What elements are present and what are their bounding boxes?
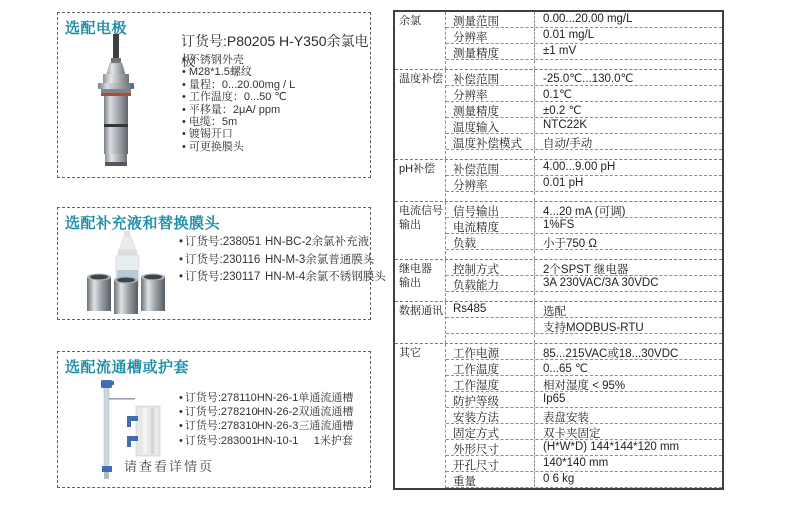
product-name: HN-M-3余氯普通膜头 (265, 252, 374, 270)
spec-value: NTC22K (534, 118, 722, 133)
spec-value: 0.01 mg/L (534, 28, 722, 43)
order-item-row: 订货号:278110 HN-26-1单通流通槽 (179, 391, 353, 405)
order-item-row: 订货号:283001 HN-10-1 1米护套 (179, 434, 353, 448)
spec-value: 2个SPST 继电器 (534, 260, 722, 275)
spec-parameter: 开孔尺寸 (446, 456, 534, 471)
spec-row (446, 192, 722, 201)
spec-parameter: 分辨率 (446, 176, 534, 191)
spec-value: 85...215VAC或18...30VDC (534, 344, 722, 359)
product-name: HN-10-1 1米护套 (257, 434, 353, 448)
spec-value (534, 292, 722, 301)
spec-value: 小于750 Ω (534, 234, 722, 249)
spec-parameter: 安装方法 (446, 408, 534, 423)
spec-parameter (446, 150, 534, 159)
spec-group: 电流信号 输出 信号输出 4...20 mA (可调) 电流精度 1%FS 负载… (395, 202, 722, 260)
spec-row: 工作电源 85...215VAC或18...30VDC (446, 344, 722, 360)
spec-parameter: 补偿范围 (446, 160, 534, 175)
electrode-spec-bullet: 可更换膜头 (182, 141, 295, 153)
spec-value: Ip65 (534, 392, 722, 407)
spec-parameter (446, 292, 534, 301)
spec-row: 温度补偿模式 自动/手动 (446, 134, 722, 150)
spec-parameter: 重量 (446, 472, 534, 487)
spec-parameter: 工作温度 (446, 360, 534, 375)
spec-parameter: 防护等级 (446, 392, 534, 407)
spec-row: 防护等级 Ip65 (446, 392, 722, 408)
spec-group-rows: 测量范围 0.00...20.00 mg/L 分辨率 0.01 mg/L 测量精… (445, 12, 722, 69)
spec-value (534, 60, 722, 69)
spec-group-name: 继电器 输出 (395, 260, 445, 301)
spec-value: 0.1℃ (534, 86, 722, 101)
see-details-link[interactable]: 请查看详情页 (124, 456, 214, 475)
spec-group-rows: 补偿范围 -25.0℃...130.0℃ 分辨率 0.1℃ 测量精度 ±0.2 … (445, 70, 722, 159)
product-name: HN-26-3三通流通槽 (257, 419, 354, 433)
order-items-1: 订货号:238051 HN-BC-2余氯补充液 订货号:230116 HN-M-… (179, 234, 386, 287)
spec-row: 分辨率 0.01 pH (446, 176, 722, 192)
electrode-spec-bullet: 不锈钢外壳 (182, 54, 295, 66)
spec-value: ±0.2 ℃ (534, 102, 722, 117)
spec-row: 重量 0 6 kg (446, 472, 722, 488)
spec-row (446, 150, 722, 159)
spec-row: 安装方法 表盘安装 (446, 408, 722, 424)
spec-value: 0...65 ℃ (534, 360, 722, 375)
spec-parameter: 电流精度 (446, 218, 534, 233)
order-number: 订货号:238051 (185, 234, 265, 252)
spec-row: 固定方式 双卡夹固定 (446, 424, 722, 440)
spec-row: 负载能力 3A 230VAC/3A 30VDC (446, 276, 722, 292)
panel-optional-electrode: 选配电极 订货号:P80205 H-Y350余氯电极 不锈钢外壳M28*1.5螺… (57, 12, 371, 178)
product-name: HN-26-1单通流通槽 (257, 391, 354, 405)
spec-row: 分辨率 0.1℃ (446, 86, 722, 102)
spec-value: 0.01 pH (534, 176, 722, 191)
electrode-spec-bullet: 工作温度：0...50 ℃ (182, 91, 295, 103)
spec-row: 工作温度 0...65 ℃ (446, 360, 722, 376)
spec-row: 负载 小于750 Ω (446, 234, 722, 250)
order-number: 订货号:230116 (185, 252, 265, 270)
spec-parameter: 测量范围 (446, 12, 534, 27)
spec-parameter: 分辨率 (446, 28, 534, 43)
spec-row: 控制方式 2个SPST 继电器 (446, 260, 722, 276)
spec-parameter (446, 318, 534, 333)
spec-group: 数据通讯 Rs485 选配 支持MODBUS-RTU (395, 302, 722, 344)
spec-row (446, 292, 722, 301)
spec-value (534, 250, 722, 259)
order-item-row: 订货号:238051 HN-BC-2余氯补充液 (179, 234, 386, 252)
spec-value: 自动/手动 (534, 134, 722, 149)
spec-row: 测量范围 0.00...20.00 mg/L (446, 12, 722, 28)
spec-value: -25.0℃...130.0℃ (534, 70, 722, 85)
spec-row: 工作湿度 相对湿度 < 95% (446, 376, 722, 392)
spec-value (534, 334, 722, 343)
order-item-row: 订货号:230116 HN-M-3余氯普通膜头 (179, 252, 386, 270)
electrode-spec-bullet: M28*1.5螺纹 (182, 66, 295, 78)
order-item-row: 订货号:230117 HN-M-4余氯不锈钢膜头 (179, 269, 386, 287)
spec-group-rows: 控制方式 2个SPST 继电器 负载能力 3A 230VAC/3A 30VDC (445, 260, 722, 301)
spec-row: 分辨率 0.01 mg/L (446, 28, 722, 44)
spec-group: 其它 工作电源 85...215VAC或18...30VDC 工作温度 0...… (395, 344, 722, 488)
spec-row: 补偿范围 4.00...9.00 pH (446, 160, 722, 176)
panel-flow-cell-or-sheath: 选配流通槽或护套 订货号:278110 HN-26-1单通流通槽 订货号:278… (57, 351, 371, 488)
spec-value: 4.00...9.00 pH (534, 160, 722, 175)
electrode-spec-bullet: 镀锡开口 (182, 128, 295, 140)
spec-row (446, 60, 722, 69)
order-items-2: 订货号:278110 HN-26-1单通流通槽 订货号:278210 HN-26… (179, 391, 353, 448)
spec-group-name: 温度补偿 (395, 70, 445, 159)
spec-row: 测量精度 ±1 mV (446, 44, 722, 60)
spec-parameter (446, 192, 534, 201)
spec-group: pH补偿 补偿范围 4.00...9.00 pH 分辨率 0.01 pH (395, 160, 722, 202)
spec-parameter (446, 60, 534, 69)
spec-group: 继电器 输出 控制方式 2个SPST 继电器 负载能力 3A 230VAC/3A… (395, 260, 722, 302)
spec-parameter: 控制方式 (446, 260, 534, 275)
spec-group-rows: 信号输出 4...20 mA (可调) 电流精度 1%FS 负载 小于750 Ω (445, 202, 722, 259)
order-number: 订货号:278210 (185, 405, 257, 419)
spec-parameter: 温度输入 (446, 118, 534, 133)
spec-group-name: 余氯 (395, 12, 445, 69)
spec-value: 3A 230VAC/3A 30VDC (534, 276, 722, 291)
order-number: 订货号:230117 (185, 269, 265, 287)
spec-parameter: 测量精度 (446, 102, 534, 117)
product-name: HN-M-4余氯不锈钢膜头 (265, 269, 386, 287)
electrode-spec-bullet: 平移量：2μA/ ppm (182, 104, 295, 116)
order-number: 订货号:278110 (185, 391, 257, 405)
spec-group-rows: 补偿范围 4.00...9.00 pH 分辨率 0.01 pH (445, 160, 722, 201)
panel-title: 选配流通槽或护套 (65, 356, 189, 377)
product-name: HN-26-2双通流通槽 (257, 405, 354, 419)
spec-row: 温度输入 NTC22K (446, 118, 722, 134)
spec-group-rows: Rs485 选配 支持MODBUS-RTU (445, 302, 722, 343)
spec-value: 双卡夹固定 (534, 424, 722, 439)
product-name: HN-BC-2余氯补充液 (265, 234, 369, 252)
spec-parameter: 工作电源 (446, 344, 534, 359)
spec-value: (H*W*D) 144*144*120 mm (534, 440, 722, 455)
order-number: 订货号:283001 (185, 434, 257, 448)
spec-parameter: 测量精度 (446, 44, 534, 59)
spec-row: 开孔尺寸 140*140 mm (446, 456, 722, 472)
spec-parameter (446, 334, 534, 343)
spec-parameter: 信号输出 (446, 202, 534, 217)
spec-group: 余氯 测量范围 0.00...20.00 mg/L 分辨率 0.01 mg/L … (395, 12, 722, 70)
spec-parameter: 外形尺寸 (446, 440, 534, 455)
spec-group-name: 其它 (395, 344, 445, 488)
spec-row (446, 250, 722, 259)
spec-value (534, 150, 722, 159)
order-item-row: 订货号:278310 HN-26-3三通流通槽 (179, 419, 353, 433)
spec-value: 0 6 kg (534, 472, 722, 487)
spec-parameter: 工作湿度 (446, 376, 534, 391)
spec-group-rows: 工作电源 85...215VAC或18...30VDC 工作温度 0...65 … (445, 344, 722, 488)
spec-parameter: 负载 (446, 234, 534, 249)
spec-group-name: 电流信号 输出 (395, 202, 445, 259)
spec-row: 测量精度 ±0.2 ℃ (446, 102, 722, 118)
spec-parameter: 补偿范围 (446, 70, 534, 85)
spec-row: Rs485 选配 (446, 302, 722, 318)
spec-parameter: 分辨率 (446, 86, 534, 101)
order-item-row: 订货号:278210 HN-26-2双通流通槽 (179, 405, 353, 419)
spec-group: 温度补偿 补偿范围 -25.0℃...130.0℃ 分辨率 0.1℃ 测量精度 … (395, 70, 722, 160)
spec-row: 补偿范围 -25.0℃...130.0℃ (446, 70, 722, 86)
spec-value: 1%FS (534, 218, 722, 233)
spec-value (534, 192, 722, 201)
spec-parameter: 负载能力 (446, 276, 534, 291)
electrode-spec-bullet: 量程：0...20.00mg / L (182, 79, 295, 91)
spec-value: 0.00...20.00 mg/L (534, 12, 722, 27)
spec-parameter: 温度补偿模式 (446, 134, 534, 149)
spec-row: 信号输出 4...20 mA (可调) (446, 202, 722, 218)
spec-table: 余氯 测量范围 0.00...20.00 mg/L 分辨率 0.01 mg/L … (393, 10, 724, 490)
electrode-probe-image (93, 34, 139, 166)
spec-parameter: Rs485 (446, 302, 534, 317)
spec-value: 选配 (534, 302, 722, 317)
spec-value: 140*140 mm (534, 456, 722, 471)
spec-group-name: 数据通讯 (395, 302, 445, 343)
electrode-spec-list: 不锈钢外壳M28*1.5螺纹量程：0...20.00mg / L工作温度：0..… (182, 54, 295, 153)
spec-value: ±1 mV (534, 44, 722, 59)
spec-row: 外形尺寸 (H*W*D) 144*144*120 mm (446, 440, 722, 456)
spec-row (446, 334, 722, 343)
spec-parameter: 固定方式 (446, 424, 534, 439)
panel-refill-and-membranes: 选配补充液和替换膜头 订货号:238051 (57, 207, 371, 320)
spec-value: 4...20 mA (可调) (534, 202, 722, 217)
spec-parameter (446, 250, 534, 259)
spec-value: 相对湿度 < 95% (534, 376, 722, 391)
spec-value: 支持MODBUS-RTU (534, 318, 722, 333)
electrode-spec-bullet: 电缆：5m (182, 116, 295, 128)
order-number: 订货号:278310 (185, 419, 257, 433)
spec-row: 电流精度 1%FS (446, 218, 722, 234)
refill-bottle-and-membranes-image (86, 230, 170, 314)
spec-group-name: pH补偿 (395, 160, 445, 201)
spec-value: 表盘安装 (534, 408, 722, 423)
spec-row: 支持MODBUS-RTU (446, 318, 722, 334)
